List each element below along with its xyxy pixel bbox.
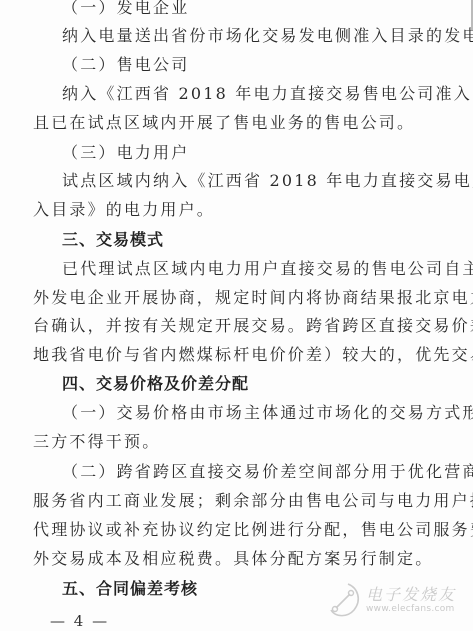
subheading-power-users: （三）电力用户 — [62, 143, 462, 163]
paragraph-line: 且已在试点区域内开展了售电业务的售电公司。 — [33, 113, 461, 133]
paragraph-line: （二）跨省跨区直接交易价差空间部分用于优化营商环境、 — [62, 462, 462, 482]
watermark: 电子发烧友 www.elecfans.com — [328, 582, 468, 622]
paragraph-line: 试点区域内纳入《江西省 2018 年电力直接交易电力用户准 — [62, 171, 462, 191]
section-heading-price-allocation: 四、交易价格及价差分配 — [62, 374, 462, 394]
paragraph-line: （一）交易价格由市场主体通过市场化的交易方式形成，第 — [62, 403, 462, 423]
paragraph-line: 已代理试点区域内电力用户直接交易的售电公司自主与省 — [62, 259, 462, 279]
paragraph-line: 纳入《江西省 2018 年电力直接交易售电公司准入目录》， — [62, 84, 462, 104]
watermark-brand: 电子发烧友 — [366, 582, 456, 605]
elecfans-logo-icon — [328, 582, 364, 620]
paragraph-line: 入目录》的电力用户。 — [33, 200, 461, 220]
subheading-power-generation: （一）发电企业 — [62, 0, 462, 18]
watermark-url: www.elecfans.com — [366, 604, 455, 614]
paragraph-line: 纳入电量送出省份市场化交易发电侧准入目录的发电企业。 — [62, 26, 462, 46]
paragraph-line: 台确认，并按有关规定开展交易。跨省跨区直接交易价差空间（落 — [33, 316, 461, 336]
section-heading-trading-mode: 三、交易模式 — [62, 230, 462, 250]
paragraph-line: 三方不得干预。 — [33, 432, 461, 452]
paragraph-line: 代理协议或补充协议约定比例进行分配，售电公司服务费包含省 — [33, 520, 461, 540]
page-number: — 4 — — [50, 612, 109, 630]
paragraph-line: 地我省电价与省内燃煤标杆电价价差）较大的，优先交易。 — [33, 345, 461, 365]
paragraph-line: 外发电企业开展协商，规定时间内将协商结果报北京电力交易平 — [33, 288, 461, 308]
subheading-power-sales: （二）售电公司 — [62, 55, 462, 75]
paragraph-line: 外交易成本及相应税费。具体分配方案另行制定。 — [33, 549, 461, 569]
paragraph-line: 服务省内工商业发展；剩余部分由售电公司与电力用户按照委托 — [33, 491, 461, 511]
